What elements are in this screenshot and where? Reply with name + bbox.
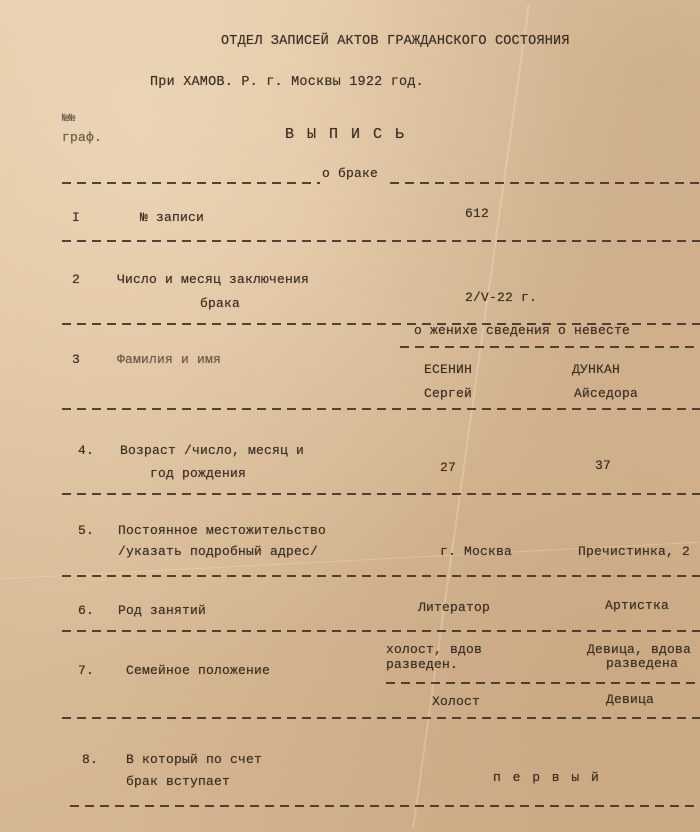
column-label-number: №№ <box>62 113 76 125</box>
row-2-label-line2: брака <box>200 296 240 311</box>
divider <box>386 682 700 684</box>
divider <box>62 182 320 184</box>
bride-residence: Пречистинка, 2 <box>578 544 690 559</box>
bride-marital-options-line2: разведена <box>606 656 678 671</box>
document-title: ВЫПИСЬ <box>285 126 417 143</box>
divider <box>62 408 700 410</box>
divider <box>62 630 700 632</box>
document-subtitle: о браке <box>322 166 378 181</box>
row-2-label-line1: Число и месяц заключения <box>117 272 309 287</box>
divider <box>62 493 700 495</box>
row-6-label: Род занятий <box>118 603 206 618</box>
row-2-number: 2 <box>72 272 80 287</box>
bride-marital-options-line1: Девица, вдова <box>587 642 691 657</box>
bride-surname: ДУНКАН <box>572 362 620 377</box>
divider <box>400 346 700 348</box>
department-heading: ОТДЕЛ ЗАПИСЕЙ АКТОВ ГРАЖДАНСКОГО СОСТОЯН… <box>221 34 570 49</box>
groom-bride-subheader: о женихе сведения о невесте <box>414 323 630 338</box>
row-1-value: 612 <box>465 206 489 221</box>
row-1-label: № записи <box>140 210 204 225</box>
column-label-graph: граф. <box>62 130 102 145</box>
groom-marital-options-line1: холост, вдов <box>386 642 482 657</box>
groom-residence: г. Москва <box>440 544 512 559</box>
marriage-count-value: п е р в ы й <box>493 770 601 785</box>
groom-age: 27 <box>440 460 456 475</box>
row-5-number: 5. <box>78 523 94 538</box>
groom-occupation: Литератор <box>418 600 490 615</box>
groom-marital-status: Холост <box>432 694 480 709</box>
bride-occupation: Артистка <box>605 598 669 613</box>
bride-marital-status: Девица <box>606 692 654 707</box>
groom-name: Сергей <box>424 386 472 401</box>
row-8-number: 8. <box>82 752 98 767</box>
divider <box>62 575 700 577</box>
groom-marital-options-line2: разведен. <box>386 657 458 672</box>
row-5-label-line2: /указать подробный адрес/ <box>118 544 318 559</box>
row-8-label-line2: брак вступает <box>126 774 230 789</box>
row-4-label-line2: год рождения <box>150 466 246 481</box>
bride-name: Айседора <box>574 386 638 401</box>
bride-age: 37 <box>595 458 611 473</box>
row-2-value: 2/V-22 г. <box>465 290 537 305</box>
row-5-label-line1: Постоянное местожительство <box>118 523 326 538</box>
groom-surname: ЕСЕНИН <box>424 362 472 377</box>
row-8-label-line1: В который по счет <box>126 752 262 767</box>
row-4-label-line1: Возраст /число, месяц и <box>120 443 304 458</box>
row-4-number: 4. <box>78 443 94 458</box>
row-3-label: Фамилия и имя <box>117 352 221 367</box>
divider <box>390 182 700 184</box>
row-1-number: I <box>72 210 80 225</box>
row-7-number: 7. <box>78 663 94 678</box>
divider <box>70 805 700 807</box>
department-subtitle: При ХАМОВ. Р. г. Москвы 1922 год. <box>150 75 424 90</box>
divider <box>62 717 700 719</box>
row-3-number: 3 <box>72 352 80 367</box>
row-6-number: 6. <box>78 603 94 618</box>
row-7-label: Семейное положение <box>126 663 270 678</box>
divider <box>62 240 700 242</box>
